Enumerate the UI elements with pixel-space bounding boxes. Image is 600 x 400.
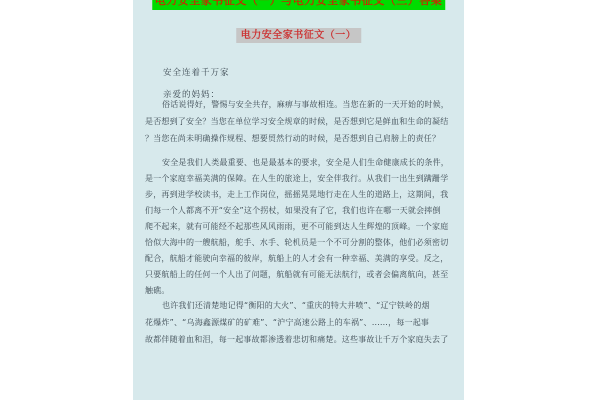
text-line: 也许我们还清楚地记得“衡阳的大火”、“重庆的特大井喷”、“辽宁铁岭的烟 xyxy=(145,297,457,314)
document-page[interactable]: 电力安全家书征文（一）与电力安全家书征文（三）答案 电力安全家书征文（一） 安全… xyxy=(133,0,464,400)
text-line: 配合，航船才能驶向幸福的彼岸，航船上的人才会有一种幸福、美满的享受。反之， xyxy=(145,251,457,267)
text-line: 故都伴随着血和泪，每一起事故都渗透着悲切和痛楚。这些事故让千万个家庭失去了 xyxy=(145,331,457,348)
text-line: 们每一个人都离不开“安全”这个拐杖，如果没有了它，我们也许在哪一天就会摔倒 xyxy=(145,203,457,219)
text-line: 俗话说得好，警惕与安全共存，麻痹与事故相连。当您在新的一天开始的时候， xyxy=(145,96,457,113)
text-line: ？当您在尚未明确操作规程、想要贸然行动的时候，是否想到自己肩膀上的责任？ xyxy=(145,130,457,147)
paragraph-1: 俗话说得好，警惕与安全共存，麻痹与事故相连。当您在新的一天开始的时候， 是否想到… xyxy=(145,96,457,147)
text-line: 步，再到进学校读书，走上工作岗位，摇摇晃晃地行走在人生的道路上，这期间，我 xyxy=(145,187,457,203)
section-title: 电力安全家书征文（一） xyxy=(236,28,362,43)
text-line: 只要航船上的任何一个人出了问题，航船就有可能无法航行，或者会偏离航向，甚至 xyxy=(145,267,457,283)
text-line: 安全是我们人类最重要、也是最基本的要求，安全是人们生命健康成长的条件， xyxy=(145,155,457,171)
document-top-title: 电力安全家书征文（一）与电力安全家书征文（三）答案 xyxy=(152,0,446,10)
text-line: 是否想到了安全？当您在单位学习安全规章的时候，是否想到它是鲜血和生命的凝结 xyxy=(145,113,457,130)
paragraph-3: 也许我们还清楚地记得“衡阳的大火”、“重庆的特大井喷”、“辽宁铁岭的烟 花爆炸”… xyxy=(145,297,457,348)
screenshot-root: { "document": { "top_title": "电力安全家书征文（一… xyxy=(0,0,600,400)
paragraph-2: 安全是我们人类最重要、也是最基本的要求，安全是人们生命健康成长的条件， 是一个家… xyxy=(145,155,457,299)
letter-heading: 安全连着千万家 xyxy=(163,66,230,78)
text-line: 花爆炸”、“乌海鑫源煤矿的矿难”、“沪宁高速公路上的车祸”、……，每一起事 xyxy=(145,314,457,331)
text-line: 爬不起来，就有可能经不起那些风风雨雨，更不可能到达人生辉煌的顶峰。一个家庭 xyxy=(145,219,457,235)
text-line: 恰似大海中的一艘航船，舵手、水手、轮机员是一个不可分割的整体，他们必须密切 xyxy=(145,235,457,251)
text-line: 是一个家庭幸福美满的保障。在人生的旅途上，安全伴我行。从我们一出生到蹒跚学 xyxy=(145,171,457,187)
